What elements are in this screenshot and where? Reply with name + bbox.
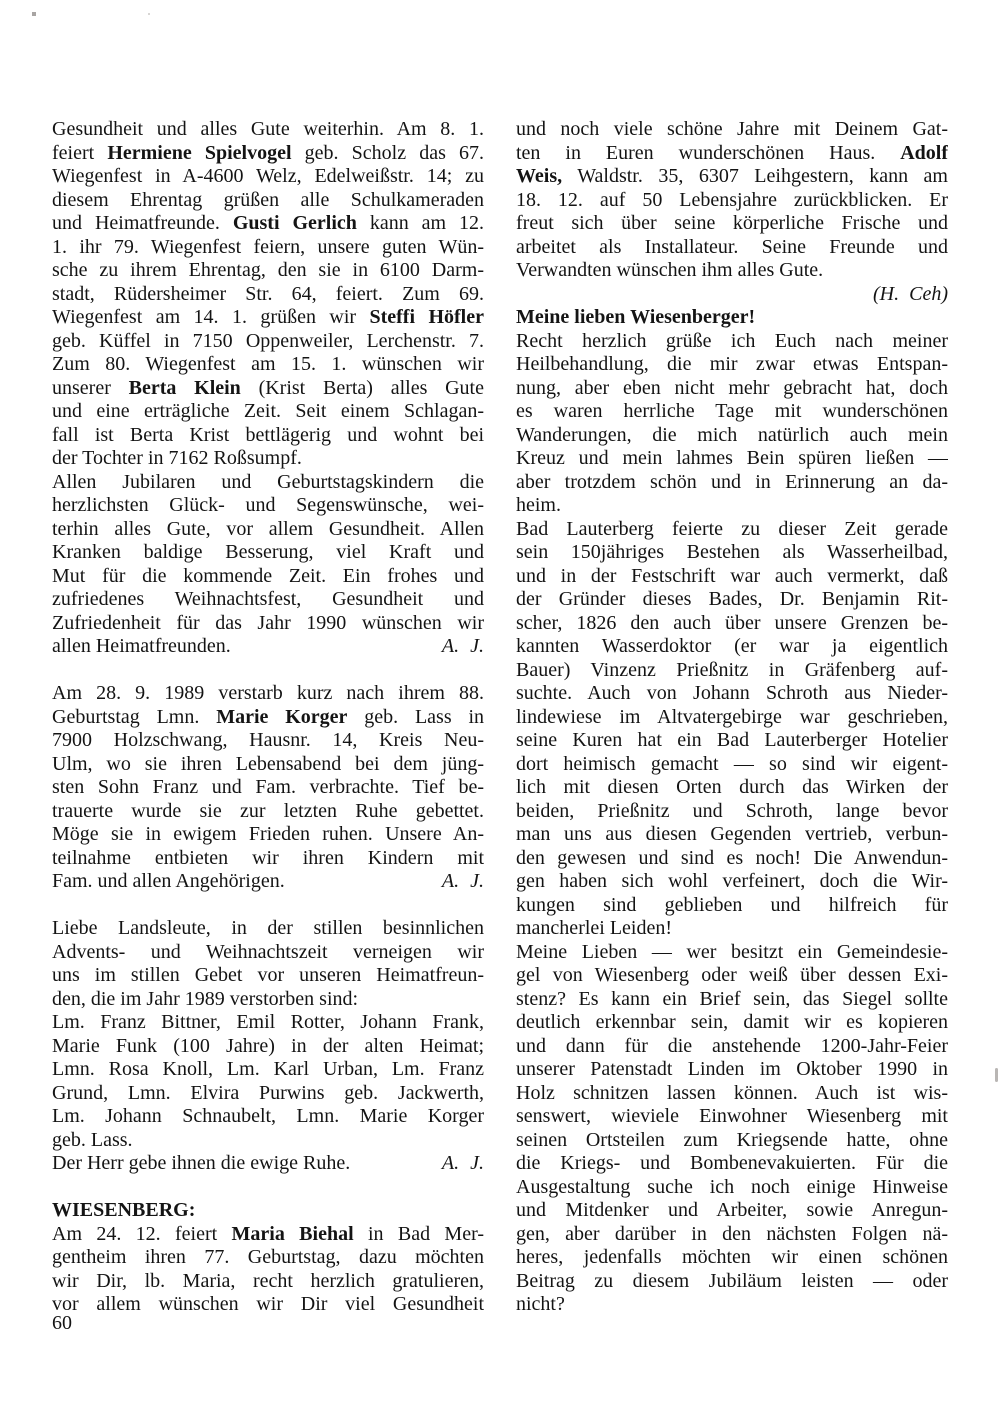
text-line: lindewiese im Altvatergebirge war geschr… xyxy=(516,706,948,730)
text-line: gel von Wiesenberg oder weiß über dessen… xyxy=(516,964,948,988)
text-line: stadt, Rüdersheimer Str. 64, feiert. Zum… xyxy=(52,283,484,307)
text-line: fall ist Berta Krist bettlägerig und woh… xyxy=(52,424,484,448)
text-line: Kranken baldige Besserung, viel Kraft un… xyxy=(52,541,484,565)
text-line: Liebe Landsleute, in der stillen besinnl… xyxy=(52,917,484,941)
text-line: Recht herzlich grüße ich Euch nach meine… xyxy=(516,330,948,354)
text-line: Möge sie in ewigem Frieden ruhen. Unsere… xyxy=(52,823,484,847)
text-line: Am 28. 9. 1989 verstarb kurz nach ihrem … xyxy=(52,682,484,706)
text-line: kannten Wasserdoktor (er war ja eigentli… xyxy=(516,635,948,659)
text-line: nicht? xyxy=(516,1293,948,1317)
text-line: Meine lieben Wiesenberger! xyxy=(516,306,948,330)
text-line: freut sich über seine körperliche Frisch… xyxy=(516,212,948,236)
text-line: mancherlei Leiden! xyxy=(516,917,948,941)
text-line: seinen Ortsteilen zum Kriegsende hatte, … xyxy=(516,1129,948,1153)
text-line: trauerte wurde sie zur letzten Ruhe gebe… xyxy=(52,800,484,824)
text-line: 1. ihr 79. Wiegenfest feiern, unsere gut… xyxy=(52,236,484,260)
text-line: den, die im Jahr 1989 verstorben sind: xyxy=(52,988,484,1012)
text-line: suchte. Auch von Johann Schroth aus Nied… xyxy=(516,682,948,706)
text-line: der Tochter in 7162 Roßsumpf. xyxy=(52,447,484,471)
text-line: gen haben sich wohl verfeinert, doch die… xyxy=(516,870,948,894)
text-line: Verwandten wünschen ihm alles Gute. xyxy=(516,259,948,283)
text-line: Bauer) Vinzenz Prießnitz in Gräfenberg a… xyxy=(516,659,948,683)
text-line: nung, aber eben nicht mehr gebracht hat,… xyxy=(516,377,948,401)
text-line: Wiegenfest in A-4600 Welz, Edelweißstr. … xyxy=(52,165,484,189)
text-line: senswert, wieviele Einwohner Wiesenberg … xyxy=(516,1105,948,1129)
text-line: seine Kuren hat ein Bad Lauterberger Hot… xyxy=(516,729,948,753)
text-line: es waren herrliche Tage mit wunderschöne… xyxy=(516,400,948,424)
text-line: gentheim ihren 77. Geburtstag, dazu möch… xyxy=(52,1246,484,1270)
text-line: Ausgestaltung suche ich noch einige Hinw… xyxy=(516,1176,948,1200)
text-line: Wanderungen, die mich natürlich auch mei… xyxy=(516,424,948,448)
text-line: aber trotzdem schön und in Erinnerung an… xyxy=(516,471,948,495)
text-line: die Kriegs- und Bombenevakuierten. Für d… xyxy=(516,1152,948,1176)
text-line: (H. Ceh) xyxy=(516,283,948,307)
text-line: geb. Küffel in 7150 Oppenweiler, Lerchen… xyxy=(52,330,484,354)
text-line: 7900 Holzschwang, Hausnr. 14, Kreis Neu- xyxy=(52,729,484,753)
text-line: feiert Hermiene Spielvogel geb. Scholz d… xyxy=(52,142,484,166)
text-line: arbeitet als Installateur. Seine Freunde… xyxy=(516,236,948,260)
text-line: Am 24. 12. feiert Maria Biehal in Bad Me… xyxy=(52,1223,484,1247)
text-line: Geburtstag Lmn. Marie Korger geb. Lass i… xyxy=(52,706,484,730)
text-line: und Mitdenker und Arbeiter, sowie Anregu… xyxy=(516,1199,948,1223)
text-line: sten Sohn Franz und Fam. verbrachte. Tie… xyxy=(52,776,484,800)
text-line: beiden, Prießnitz und Schroth, lange bev… xyxy=(516,800,948,824)
text-line: und in der Festschrift war auch vermerkt… xyxy=(516,565,948,589)
text-line: und eine erträgliche Zeit. Seit einem Sc… xyxy=(52,400,484,424)
text-line: allen Heimatfreunden.A. J. xyxy=(52,635,484,659)
text-line: Holz schnitzen lassen können. Auch ist w… xyxy=(516,1082,948,1106)
text-line: Kreuz und mein lahmes Bein spüren ließen… xyxy=(516,447,948,471)
text-line: Marie Funk (100 Jahre) in der alten Heim… xyxy=(52,1035,484,1059)
text-line: dort heimisch gemacht — so sind wir eige… xyxy=(516,753,948,777)
text-line: der Gründer dieses Bades, Dr. Benjamin R… xyxy=(516,588,948,612)
left-column: Gesundheit und alles Gute weiterhin. Am … xyxy=(52,118,484,1317)
signature-initials: A. J. xyxy=(442,870,484,894)
text-line: Advents- und Weihnachtszeit verneigen wi… xyxy=(52,941,484,965)
signature-initials: A. J. xyxy=(442,1152,484,1176)
text-line: terhin alles Gute, vor allem Gesundheit.… xyxy=(52,518,484,542)
scan-speck xyxy=(995,1068,998,1082)
text-line: zufriedenes Weihnachtsfest, Gesundheit u… xyxy=(52,588,484,612)
text-line: lich mit diesen Orten durch das Wirken d… xyxy=(516,776,948,800)
text-line: stenz? Es kann ein Brief sein, das Siege… xyxy=(516,988,948,1012)
text-line: wir Dir, lb. Maria, recht herzlich gratu… xyxy=(52,1270,484,1294)
text-line: unserer Berta Klein (Krist Berta) alles … xyxy=(52,377,484,401)
paragraph-block: Gesundheit und alles Gute weiterhin. Am … xyxy=(52,118,484,659)
text-line: Bad Lauterberg feierte zu dieser Zeit ge… xyxy=(516,518,948,542)
text-line: Gesundheit und alles Gute weiterhin. Am … xyxy=(52,118,484,142)
page-number: 60 xyxy=(52,1312,72,1336)
text-line: Wiegenfest am 14. 1. grüßen wir Steffi H… xyxy=(52,306,484,330)
text-line: unserer Patenstadt Linden im Oktober 199… xyxy=(516,1058,948,1082)
text-line: Lm. Johann Schnaubelt, Lmn. Marie Korger xyxy=(52,1105,484,1129)
text-line: vor allem wünschen wir Dir viel Gesundhe… xyxy=(52,1293,484,1317)
text-line: WIESENBERG: xyxy=(52,1199,484,1223)
text-line: man uns aus diesen Gegenden vertrieb, ve… xyxy=(516,823,948,847)
paragraph-block: WIESENBERG:Am 24. 12. feiert Maria Bieha… xyxy=(52,1199,484,1317)
text-line: Lmn. Rosa Knoll, Lm. Karl Urban, Lm. Fra… xyxy=(52,1058,484,1082)
text-line: Mut für die kommende Zeit. Ein frohes un… xyxy=(52,565,484,589)
text-line: diesem Ehrentag grüßen alle Schulkamerad… xyxy=(52,189,484,213)
signature-initials: A. J. xyxy=(442,635,484,659)
text-line: kungen sind geblieben und hilfreich für xyxy=(516,894,948,918)
text-line: Allen Jubilaren und Geburtstagskindern d… xyxy=(52,471,484,495)
text-line: Grund, Lmn. Elvira Purwins geb. Jackwert… xyxy=(52,1082,484,1106)
text-line: 18. 12. auf 50 Lebensjahre zurückblicken… xyxy=(516,189,948,213)
text-line: Beitrag zu diesem Jubiläum leisten — ode… xyxy=(516,1270,948,1294)
text-line: Heilbehandlung, die mir zwar etwas Entsp… xyxy=(516,353,948,377)
text-line: heim. xyxy=(516,494,948,518)
text-line: ten in Euren wunderschönen Haus. Adolf xyxy=(516,142,948,166)
text-line: und dann für die anstehende 1200-Jahr-Fe… xyxy=(516,1035,948,1059)
text-line: Zum 80. Wiegenfest am 15. 1. wünschen wi… xyxy=(52,353,484,377)
paragraph-block: Am 28. 9. 1989 verstarb kurz nach ihrem … xyxy=(52,682,484,894)
text-line: Zufriedenheit für das Jahr 1990 wünschen… xyxy=(52,612,484,636)
text-line: geb. Lass. xyxy=(52,1129,484,1153)
text-line: Meine Lieben — wer besitzt ein Gemeindes… xyxy=(516,941,948,965)
text-line: gen, aber darüber in den nächsten Folgen… xyxy=(516,1223,948,1247)
document-page: Gesundheit und alles Gute weiterhin. Am … xyxy=(0,0,1000,1413)
paragraph-block: und noch viele schöne Jahre mit Deinem G… xyxy=(516,118,948,306)
scan-speck xyxy=(32,12,36,16)
text-line: uns im stillen Gebet vor unseren Heimatf… xyxy=(52,964,484,988)
paragraph-block: Meine lieben Wiesenberger!Recht herzlich… xyxy=(516,306,948,1317)
right-column: und noch viele schöne Jahre mit Deinem G… xyxy=(516,118,948,1317)
text-columns: Gesundheit und alles Gute weiterhin. Am … xyxy=(52,118,948,1317)
text-line: herzlichsten Glück- und Segenswünsche, w… xyxy=(52,494,484,518)
text-line: Ulm, wo sie ihren Lebensabend bei dem jü… xyxy=(52,753,484,777)
text-line: Der Herr gebe ihnen die ewige Ruhe.A. J. xyxy=(52,1152,484,1176)
text-line: den gewesen und sind es noch! Die Anwend… xyxy=(516,847,948,871)
text-line: teilnahme entbieten wir ihren Kindern mi… xyxy=(52,847,484,871)
text-line: Fam. und allen Angehörigen.A. J. xyxy=(52,870,484,894)
text-line: heres, jedenfalls möchten wir einen schö… xyxy=(516,1246,948,1270)
text-line: scher, 1826 den auch über unsere Grenzen… xyxy=(516,612,948,636)
text-line: sein 150jähriges Bestehen als Wasserheil… xyxy=(516,541,948,565)
text-line: und Heimatfreunde. Gusti Gerlich kann am… xyxy=(52,212,484,236)
scan-speck xyxy=(148,13,150,15)
text-line: Weis, Waldstr. 35, 6307 Leihgestern, kan… xyxy=(516,165,948,189)
text-line: sche zu ihrem Ehrentag, den sie in 6100 … xyxy=(52,259,484,283)
text-line: Lm. Franz Bittner, Emil Rotter, Johann F… xyxy=(52,1011,484,1035)
text-line: deutlich erkennbar sein, damit wir es ko… xyxy=(516,1011,948,1035)
text-line: und noch viele schöne Jahre mit Deinem G… xyxy=(516,118,948,142)
paragraph-block: Liebe Landsleute, in der stillen besinnl… xyxy=(52,917,484,1176)
